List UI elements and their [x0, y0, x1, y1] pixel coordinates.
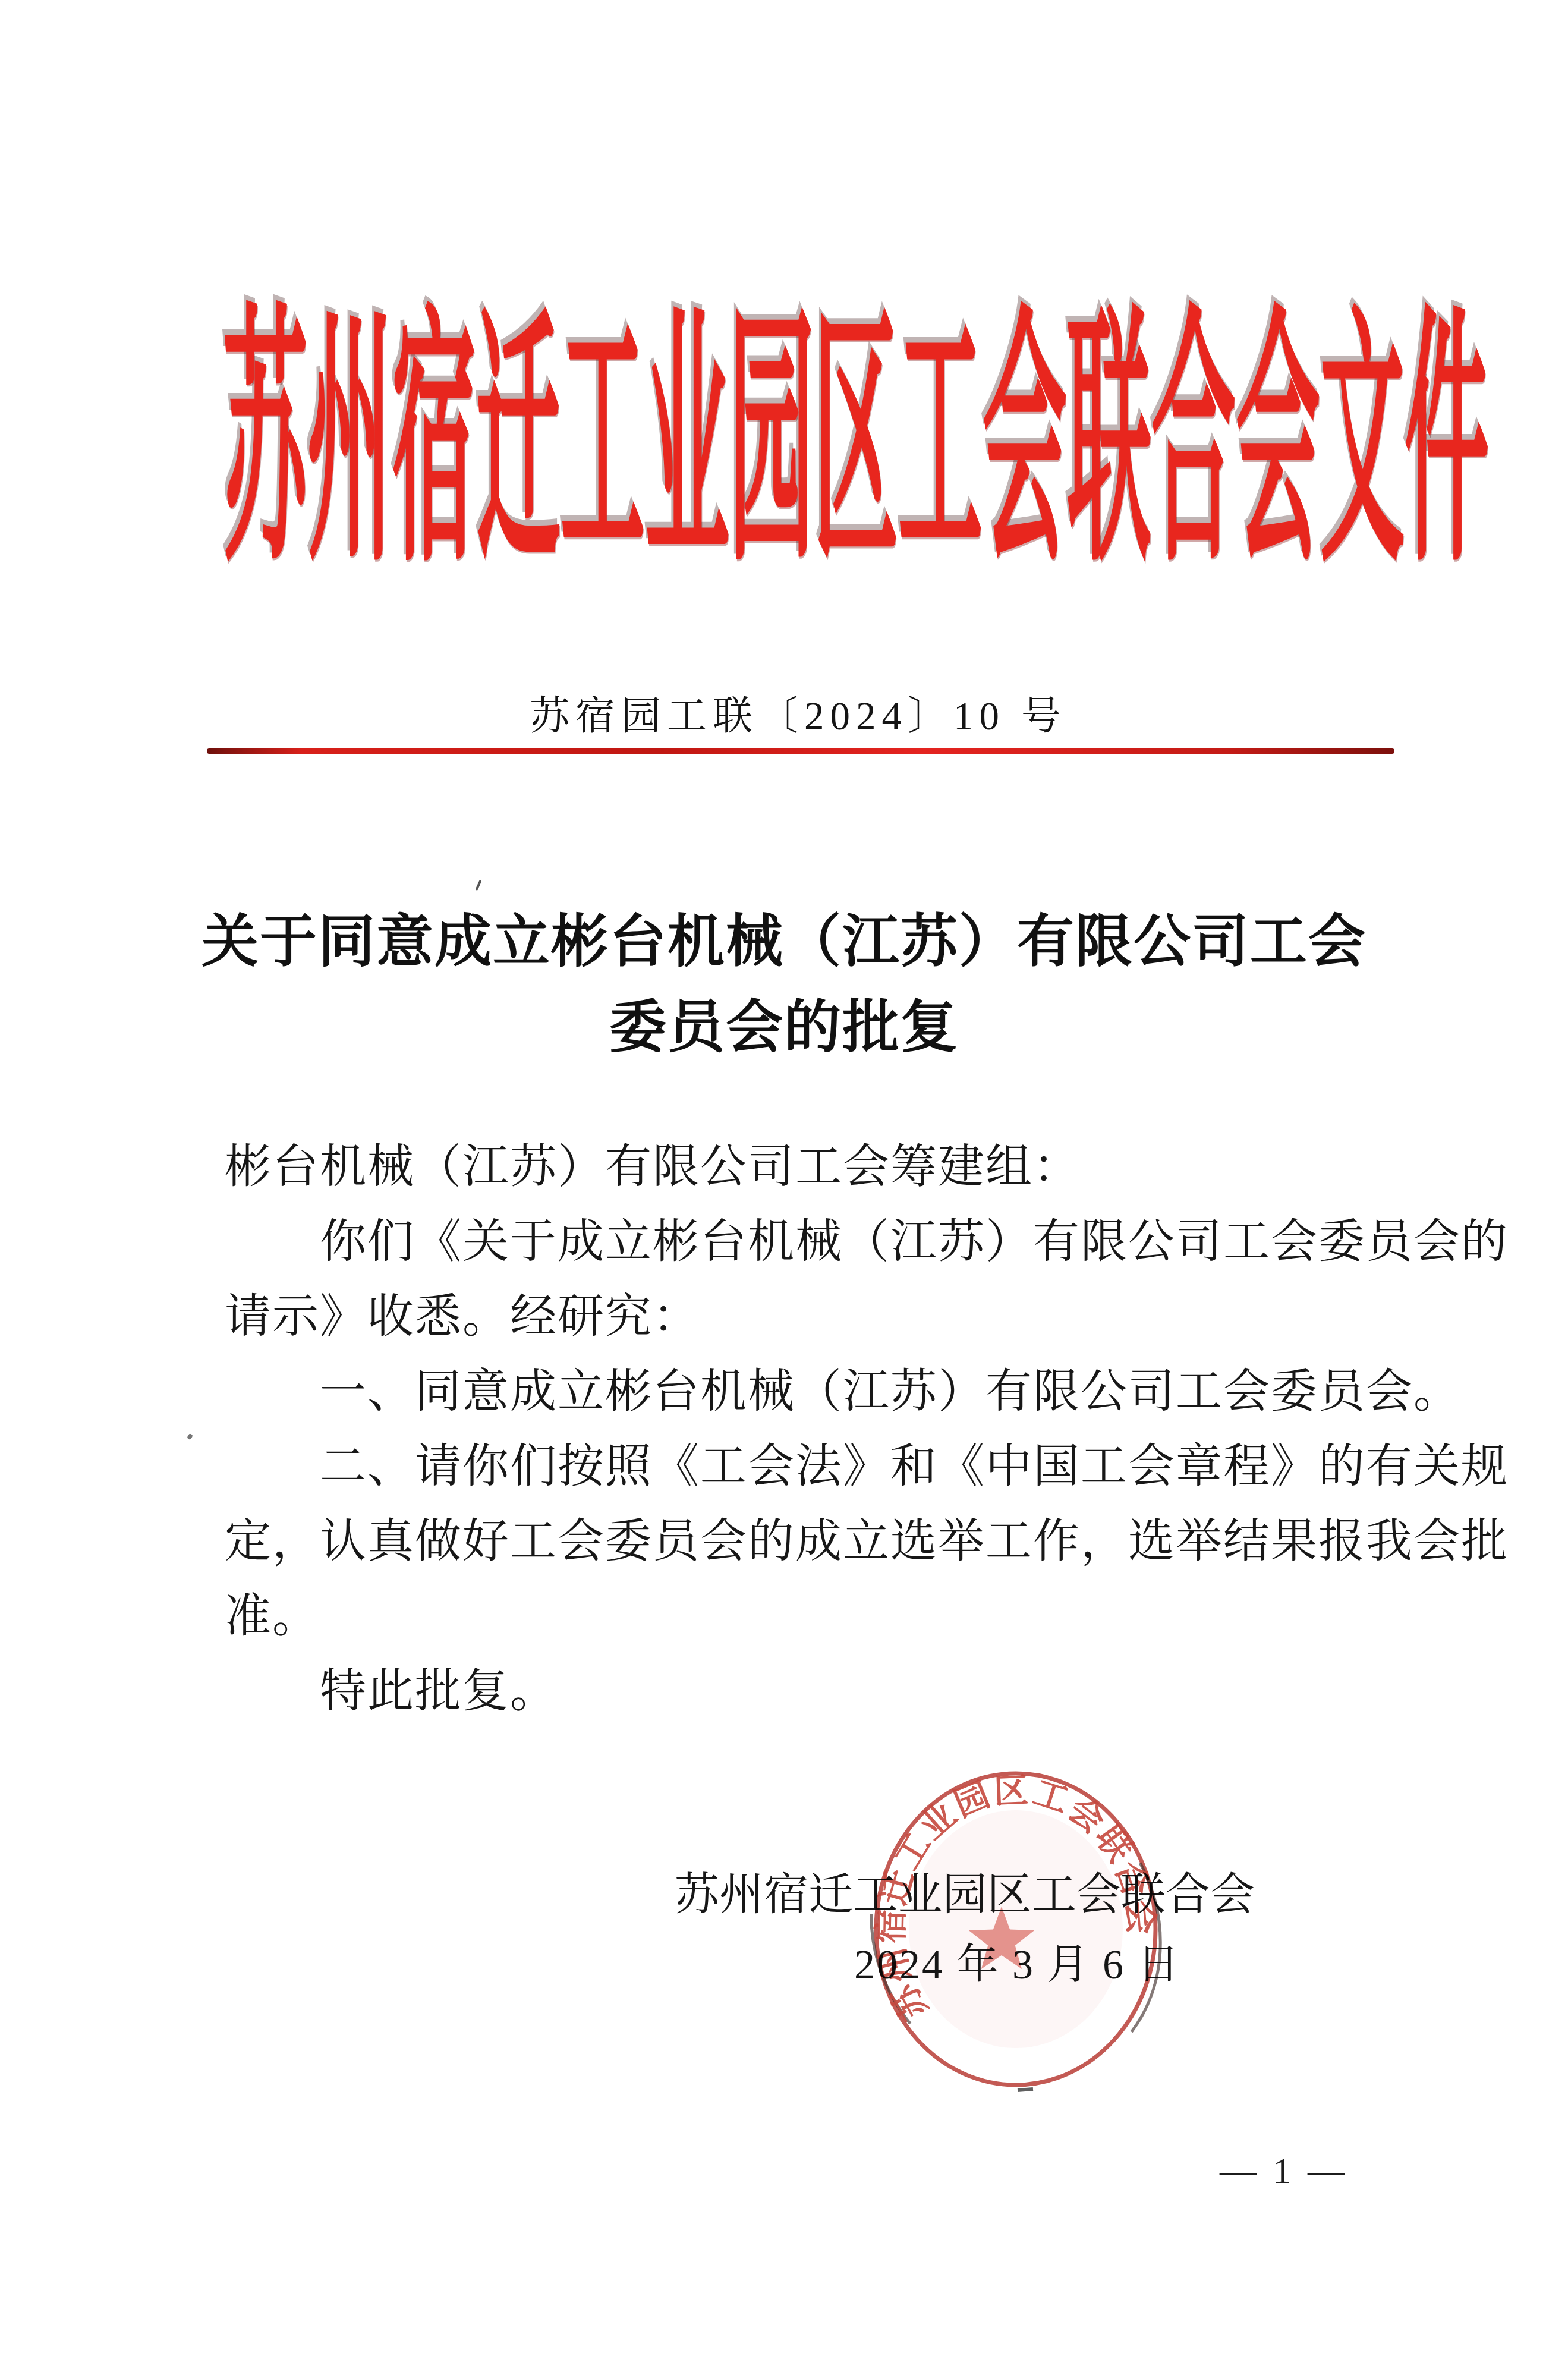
- body-line: 一、同意成立彬台机械（江苏）有限公司工会委员会。: [225, 1354, 1360, 1429]
- char: 州: [307, 307, 392, 578]
- char: 区: [814, 307, 898, 578]
- char: 会: [1210, 1871, 1255, 1919]
- document-title-line2: 委员会的批复: [0, 984, 1568, 1070]
- document-title-line1: 关于同意成立彬台机械（江苏）有限公司工会: [0, 899, 1568, 984]
- char: 会: [1236, 307, 1320, 578]
- char: 州: [719, 1871, 764, 1919]
- char: 园: [729, 307, 814, 578]
- char: 苏: [223, 307, 307, 578]
- body-line: 特此批复。: [225, 1654, 1360, 1729]
- document-title: 关于同意成立彬台机械（江苏）有限公司工会 委员会的批复: [0, 899, 1568, 1070]
- char: 苏: [675, 1871, 719, 1919]
- body-line: 彬台机械（江苏）有限公司工会筹建组：: [225, 1130, 1360, 1204]
- char: 迁: [476, 307, 561, 578]
- body-line: 二、请你们按照《工会法》和《中国工会章程》的有关规: [225, 1429, 1360, 1504]
- scan-artifact-dot: [187, 1433, 193, 1440]
- document-number: 苏宿园工联〔2024〕10 号: [14, 688, 1568, 744]
- body-text: 彬台机械（江苏）有限公司工会筹建组：你们《关于成立彬台机械（江苏）有限公司工会委…: [225, 1130, 1360, 1729]
- char: 会: [983, 307, 1067, 578]
- char: 件: [1405, 307, 1489, 578]
- char: 文: [1320, 307, 1405, 578]
- masthead-title: 苏州宿迁工业园区工会联合会文件: [223, 307, 1405, 578]
- body-line: 准。: [225, 1579, 1360, 1654]
- official-seal: 苏州宿迁工业园区工会联合会: [837, 1751, 1194, 2108]
- seal-ink-mottle: [909, 1810, 1123, 2048]
- char: 联: [1067, 307, 1151, 578]
- char: 工: [898, 307, 983, 578]
- body-line: 定，认真做好工会委员会的成立选举工作，选举结果报我会批: [225, 1504, 1360, 1579]
- scan-artifact-tick: [476, 880, 482, 891]
- body-line: 请示》收悉。经研究：: [225, 1279, 1360, 1354]
- char: 业: [645, 307, 729, 578]
- page-number: — 1 —: [1220, 2147, 1348, 2195]
- char: 宿: [764, 1871, 808, 1919]
- char: 合: [1151, 307, 1236, 578]
- char: 工: [561, 307, 645, 578]
- char: 宿: [392, 307, 476, 578]
- red-separator-rule: [207, 748, 1394, 754]
- document-page: 苏州宿迁工业园区工会联合会文件 苏宿园工联〔2024〕10 号 关于同意成立彬台…: [0, 0, 1568, 2378]
- body-line: 你们《关于成立彬台机械（江苏）有限公司工会委员会的: [225, 1204, 1360, 1279]
